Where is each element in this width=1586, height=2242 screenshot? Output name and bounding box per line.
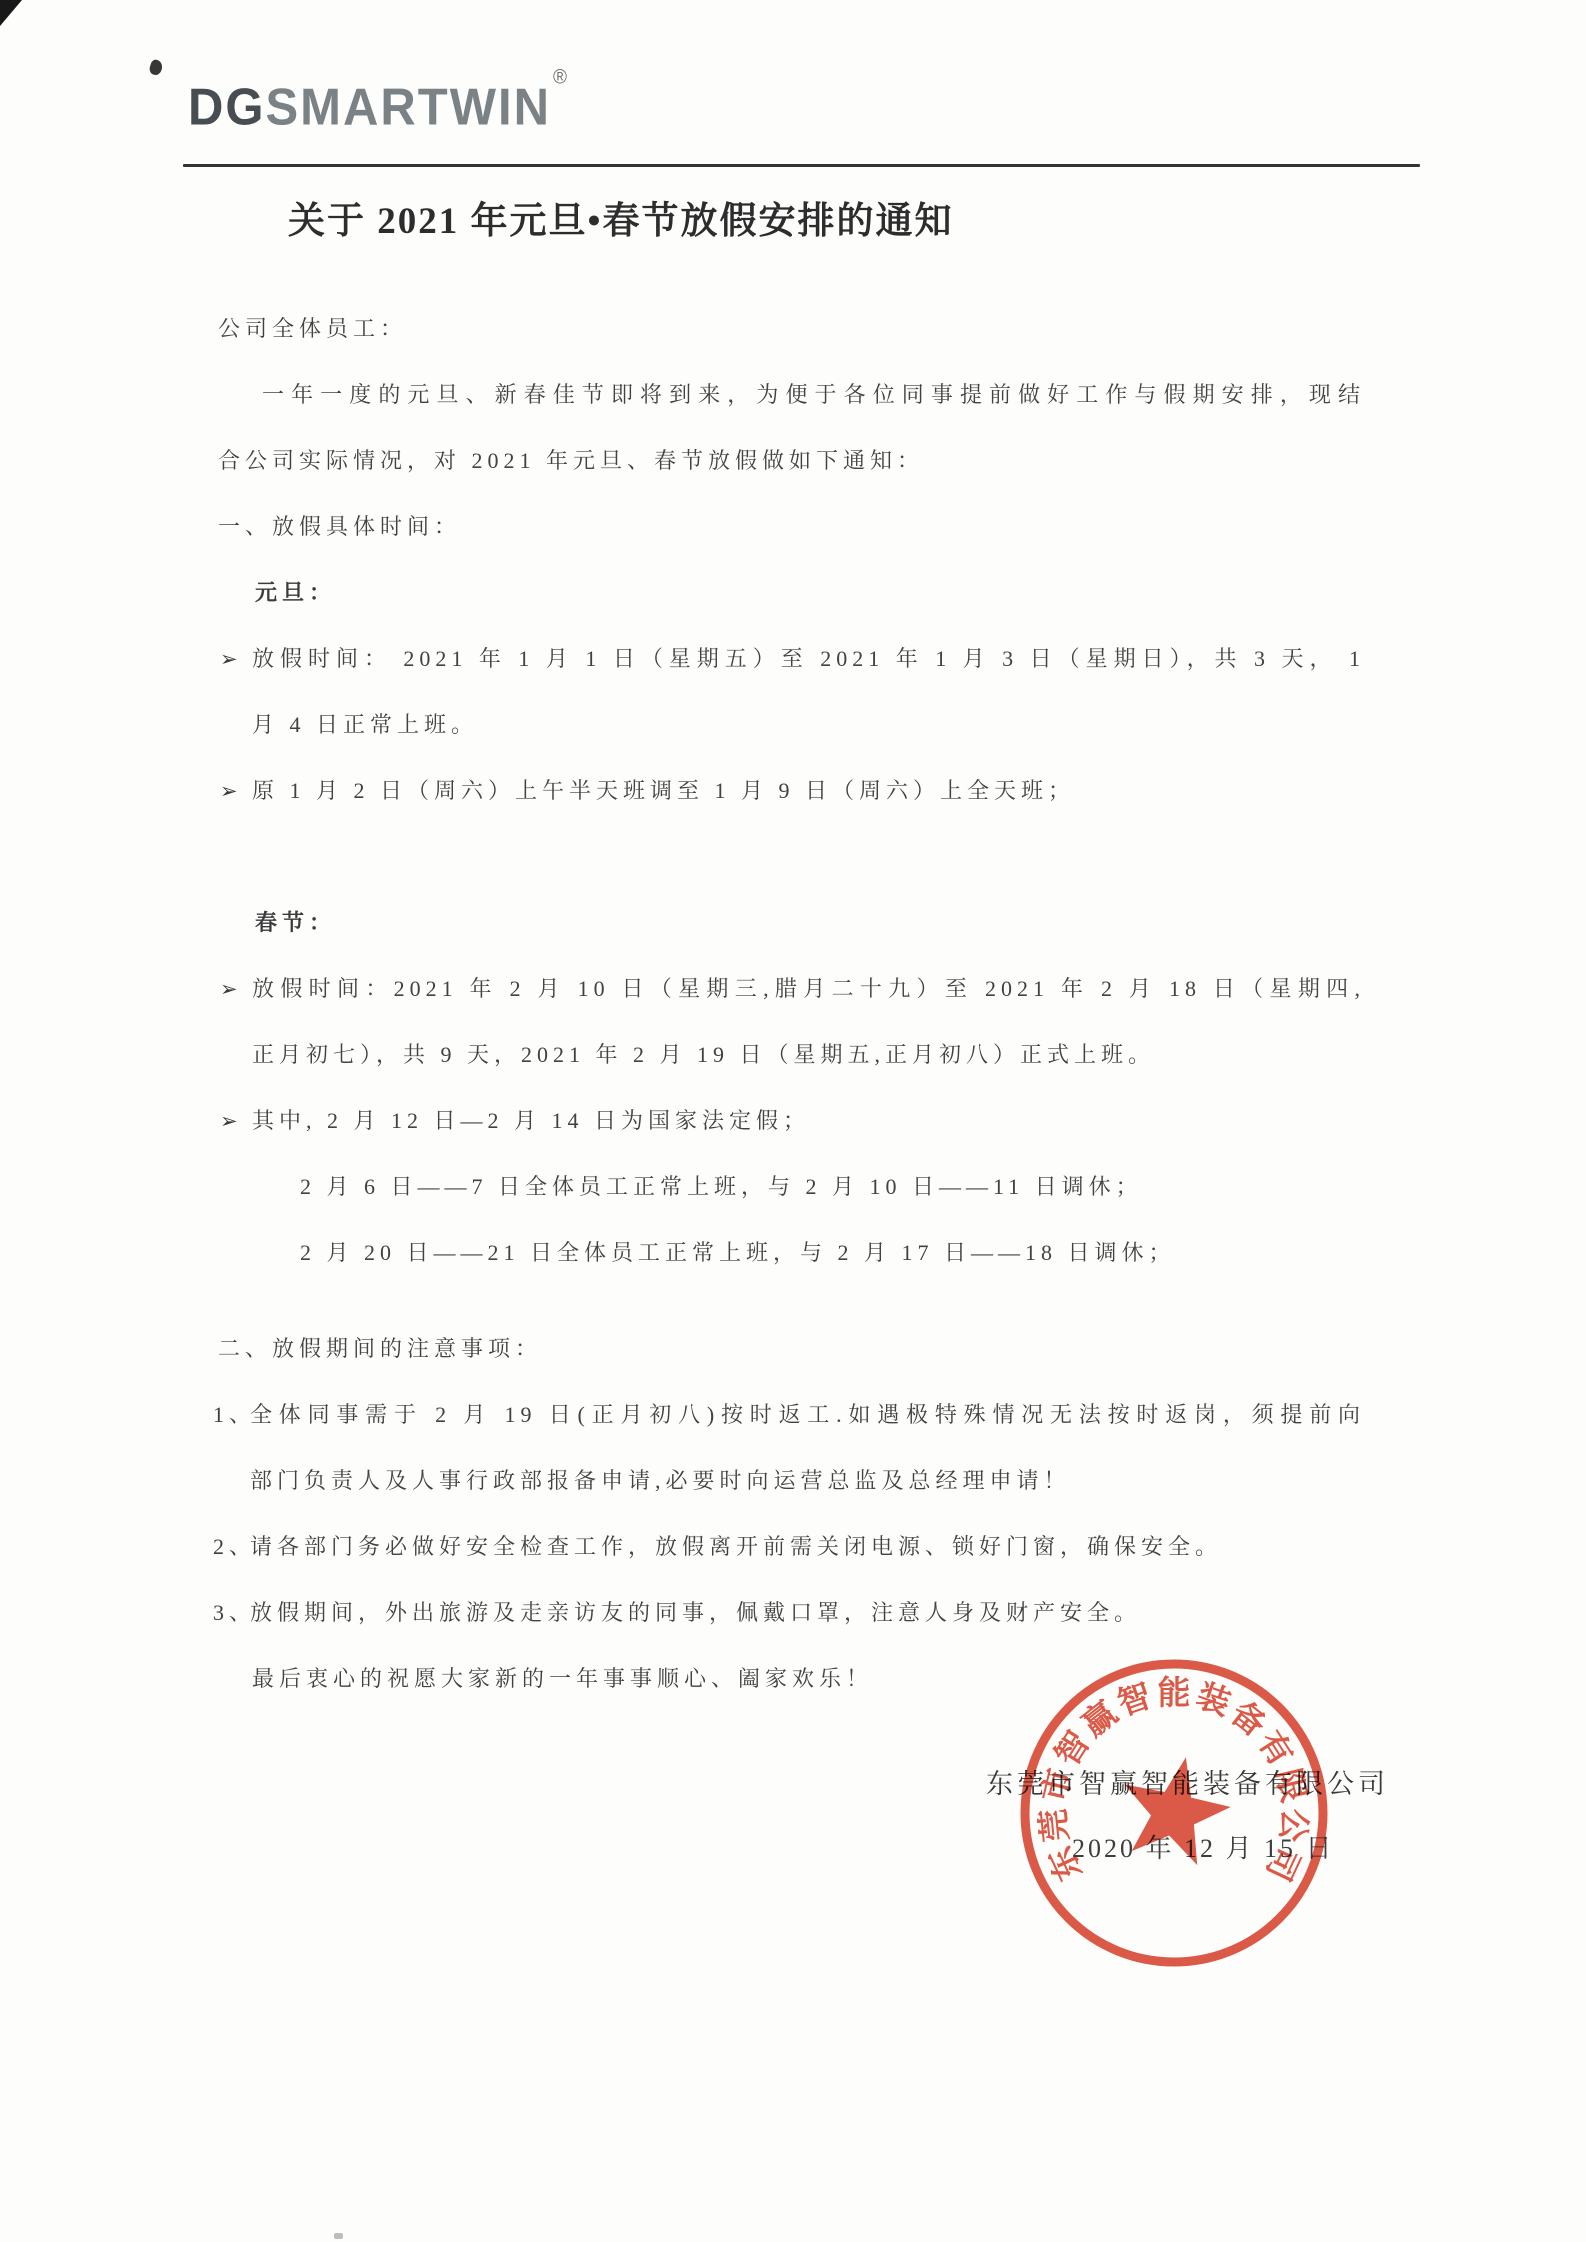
bullet-line: 正月初七），共 9 天，2021 年 2 月 19 日（星期五,正月初八）正式上…	[252, 1022, 1365, 1088]
bullet-item: ➢ 其中, 2 月 12 日—2 月 14 日为国家法定假；	[218, 1088, 1365, 1154]
salutation: 公司全体员工：	[218, 296, 1365, 362]
scanned-notice-document: DGSMARTWIN® 关于 2021 年元旦•春节放假安排的通知 公司全体员工…	[0, 0, 1586, 2242]
item-line: 全体同事需于 2 月 19 日(正月初八)按时返工.如遇极特殊情况无法按时返岗，…	[250, 1382, 1365, 1448]
item-line: 部门负责人及人事行政部报备申请,必要时向运营总监及总经理申请！	[250, 1448, 1365, 1514]
section2-heading: 二、放假期间的注意事项：	[218, 1316, 1365, 1382]
item-number: 3、	[213, 1580, 250, 1646]
bullet-arrow-icon: ➢	[218, 1088, 252, 1154]
bullet-item: ➢ 放假时间：2021 年 2 月 10 日（星期三,腊月二十九）至 2021 …	[218, 956, 1365, 1088]
item-text: 请各部门务必做好安全检查工作，放假离开前需关闭电源、锁好门窗，确保安全。	[250, 1514, 1365, 1580]
bullet-text: 原 1 月 2 日（周六）上午半天班调至 1 月 9 日（周六）上全天班；	[252, 758, 1365, 824]
item-text: 全体同事需于 2 月 19 日(正月初八)按时返工.如遇极特殊情况无法按时返岗，…	[250, 1382, 1365, 1514]
item-number: 2、	[213, 1514, 250, 1580]
item-number: 1、	[213, 1382, 250, 1448]
stamp-arc-character: 能	[1158, 1674, 1191, 1712]
stamp-arc-character: 莞	[1035, 1807, 1075, 1844]
scan-artifact-speck-bottom	[334, 2233, 343, 2239]
notice-title: 关于 2021 年元旦•春节放假安排的通知	[288, 190, 953, 244]
bullet-item: ➢ 放假时间： 2021 年 1 月 1 日（星期五）至 2021 年 1 月 …	[218, 626, 1365, 758]
stamp-seal-graphic: 东莞市智赢智能装备有限公司	[1016, 1655, 1332, 1971]
swap-day-line: 2 月 20 日——21 日全体员工正常上班，与 2 月 17 日——18 日调…	[300, 1220, 1365, 1286]
item-line: 请各部门务必做好安全检查工作，放假离开前需关闭电源、锁好门窗，确保安全。	[250, 1514, 1365, 1580]
company-stamp: 东莞市智赢智能装备有限公司	[1016, 1655, 1332, 1971]
company-logo: DGSMARTWIN®	[188, 78, 565, 137]
spacer	[218, 824, 1365, 890]
numbered-item: 1、 全体同事需于 2 月 19 日(正月初八)按时返工.如遇极特殊情况无法按时…	[218, 1382, 1365, 1514]
logo-text-smartwin: SMARTWIN	[266, 79, 551, 136]
stamp-star-icon	[1125, 1757, 1231, 1865]
bullet-arrow-icon: ➢	[218, 956, 252, 1022]
bullet-item: ➢ 原 1 月 2 日（周六）上午半天班调至 1 月 9 日（周六）上全天班；	[218, 758, 1365, 824]
numbered-item: 3、 放假期间，外出旅游及走亲访友的同事，佩戴口罩，注意人身及财产安全。	[218, 1580, 1365, 1646]
logo-text-dg: DG	[188, 79, 266, 136]
item-text: 放假期间，外出旅游及走亲访友的同事，佩戴口罩，注意人身及财产安全。	[250, 1580, 1365, 1646]
bullet-text: 放假时间： 2021 年 1 月 1 日（星期五）至 2021 年 1 月 3 …	[252, 626, 1365, 758]
section1-heading: 一、放假具体时间：	[218, 494, 1365, 560]
stamp-arc-character: 东	[1042, 1841, 1089, 1887]
scan-artifact-corner	[0, 0, 22, 26]
stamp-arc-character: 智	[1113, 1677, 1156, 1723]
bullet-text: 放假时间：2021 年 2 月 10 日（星期三,腊月二十九）至 2021 年 …	[252, 956, 1365, 1088]
bullet-arrow-icon: ➢	[218, 758, 252, 824]
intro-line: 合公司实际情况，对 2021 年元旦、春节放假做如下通知：	[218, 428, 1365, 494]
stamp-arc-character: 公	[1273, 1807, 1312, 1843]
bullet-arrow-icon: ➢	[218, 626, 252, 692]
bullet-line: 月 4 日正常上班。	[252, 692, 1365, 758]
header-divider	[183, 164, 1420, 167]
item-line: 放假期间，外出旅游及走亲访友的同事，佩戴口罩，注意人身及财产安全。	[250, 1580, 1365, 1646]
registered-trademark-icon: ®	[553, 66, 567, 88]
swap-day-line: 2 月 6 日——7 日全体员工正常上班，与 2 月 10 日——11 日调休；	[300, 1154, 1365, 1220]
bullet-line: 放假时间： 2021 年 1 月 1 日（星期五）至 2021 年 1 月 3 …	[252, 626, 1365, 692]
stamp-arc-character: 司	[1259, 1841, 1306, 1887]
bullet-text: 其中, 2 月 12 日—2 月 14 日为国家法定假；	[252, 1088, 1365, 1154]
bullet-line: 放假时间：2021 年 2 月 10 日（星期三,腊月二十九）至 2021 年 …	[252, 956, 1365, 1022]
stamp-arc-character: 市	[1036, 1765, 1080, 1806]
bullet-line: 原 1 月 2 日（周六）上午半天班调至 1 月 9 日（周六）上全天班；	[252, 758, 1365, 824]
intro-line: 一年一度的元旦、新春佳节即将到来，为便于各位同事提前做好工作与假期安排，现结	[218, 362, 1365, 428]
stamp-arc-character: 限	[1268, 1765, 1312, 1806]
notice-body: 公司全体员工： 一年一度的元旦、新春佳节即将到来，为便于各位同事提前做好工作与假…	[218, 296, 1365, 1712]
bullet-line: 其中, 2 月 12 日—2 月 14 日为国家法定假；	[252, 1088, 1365, 1154]
scan-artifact-speck	[148, 59, 164, 77]
spring-festival-label: 春节：	[255, 890, 1365, 956]
new-year-label: 元旦：	[255, 560, 1365, 626]
spacer	[218, 1286, 1365, 1316]
numbered-item: 2、 请各部门务必做好安全检查工作，放假离开前需关闭电源、锁好门窗，确保安全。	[218, 1514, 1365, 1580]
